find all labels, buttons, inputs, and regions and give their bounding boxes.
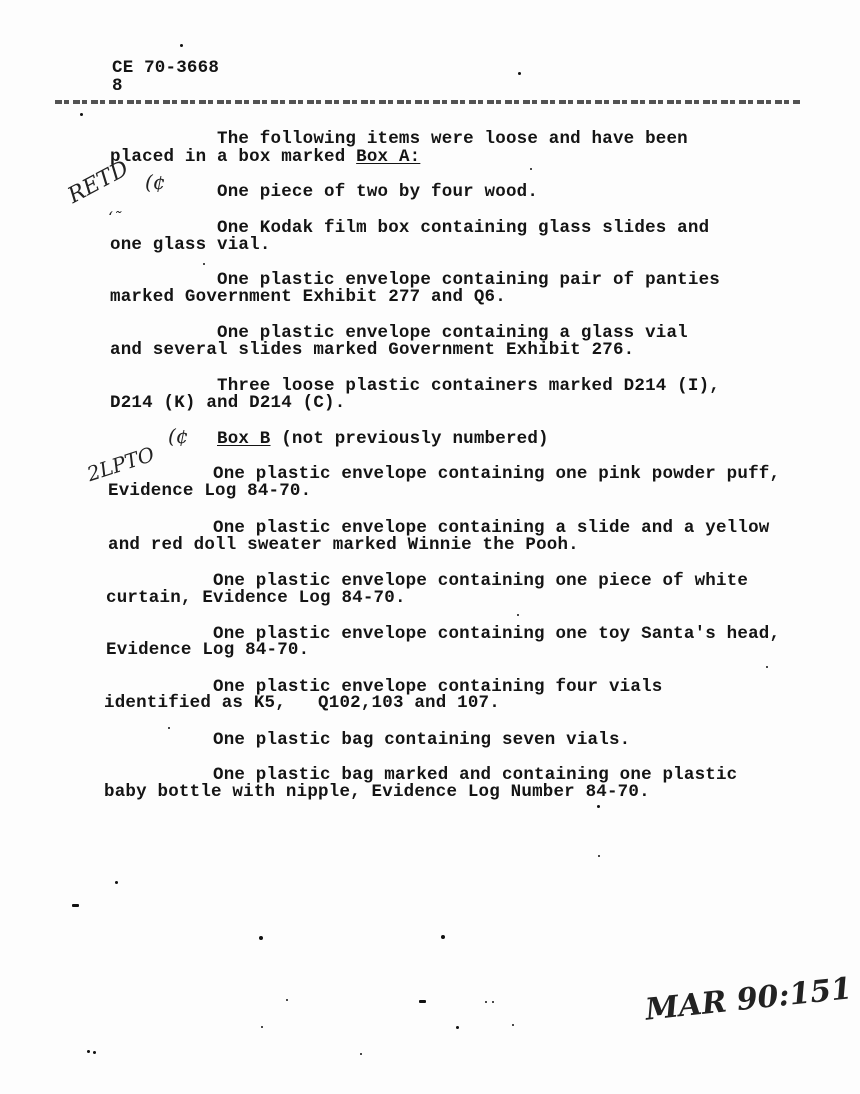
box-a-item-5-line-2: D214 (K) and D214 (C). xyxy=(110,395,345,412)
box-a-item-2-line-1: One Kodak film box containing glass slid… xyxy=(217,220,709,237)
scan-speck xyxy=(261,1026,263,1028)
box-b-item-1-line-2: Evidence Log 84-70. xyxy=(108,483,311,500)
handwritten-mark-box-a: (¢ xyxy=(145,170,166,194)
scan-speck xyxy=(87,1050,90,1053)
box-b-item-2-line-2: and red doll sweater marked Winnie the P… xyxy=(108,537,579,554)
document-page: CE 70-3668 8 The following items were lo… xyxy=(0,0,860,1094)
handwritten-tick-box-a: ‘˜ xyxy=(108,208,121,227)
box-b-item-6-line-1: One plastic bag containing seven vials. xyxy=(213,732,630,749)
box-b-item-3-line-2: curtain, Evidence Log 84-70. xyxy=(106,590,406,607)
scan-speck xyxy=(456,1026,459,1029)
case-number: CE 70-3668 xyxy=(112,60,219,77)
box-a-item-4-line-2: and several slides marked Government Exh… xyxy=(110,342,634,359)
scan-speck xyxy=(530,168,532,170)
scan-speck xyxy=(441,935,445,939)
box-b-item-4-line-2: Evidence Log 84-70. xyxy=(106,642,309,659)
header-divider xyxy=(55,100,800,104)
handwritten-mark-box-b: (¢ xyxy=(168,424,189,448)
handwritten-note-box-b: 2LPTO xyxy=(84,442,157,486)
box-b-note: (not previously numbered) xyxy=(271,429,549,449)
handwritten-note-box-a: RETD xyxy=(64,156,133,209)
scan-speck xyxy=(517,614,519,616)
page-number: 8 xyxy=(112,78,123,95)
box-a-item-2-line-2: one glass vial. xyxy=(110,237,271,254)
scan-speck xyxy=(597,805,600,808)
scan-speck xyxy=(360,1053,362,1055)
box-a-item-1-line-1: One piece of two by four wood. xyxy=(217,184,538,201)
scan-speck xyxy=(115,881,118,884)
box-a-item-3-line-2: marked Government Exhibit 277 and Q6. xyxy=(110,289,506,306)
scan-speck xyxy=(72,904,79,907)
scan-speck xyxy=(518,72,521,75)
scan-speck xyxy=(203,263,205,265)
scan-speck xyxy=(485,1001,487,1003)
intro-line-2: placed in a box marked Box A: xyxy=(110,149,420,166)
scan-speck xyxy=(168,727,170,729)
box-b-item-7-line-2: baby bottle with nipple, Evidence Log Nu… xyxy=(104,784,650,801)
scan-speck xyxy=(259,936,263,940)
scan-speck xyxy=(492,1001,494,1003)
intro-line-2-text: placed in a box marked xyxy=(110,147,356,167)
box-b-heading: Box B (not previously numbered) xyxy=(217,431,549,448)
scan-speck xyxy=(598,855,600,857)
scan-speck xyxy=(766,666,768,668)
scan-speck xyxy=(512,1024,514,1026)
box-b-item-5-line-2: identified as K5, Q102,103 and 107. xyxy=(104,695,500,712)
bates-stamp: MAR 90:151 xyxy=(644,971,854,1027)
scan-speck xyxy=(286,999,288,1001)
scan-speck xyxy=(180,44,183,47)
scan-speck xyxy=(419,1000,426,1003)
box-b-label: Box B xyxy=(217,429,271,449)
scan-speck xyxy=(80,113,83,116)
box-a-label: Box A: xyxy=(356,147,420,167)
scan-speck xyxy=(93,1051,96,1054)
intro-line-1: The following items were loose and have … xyxy=(217,131,688,148)
